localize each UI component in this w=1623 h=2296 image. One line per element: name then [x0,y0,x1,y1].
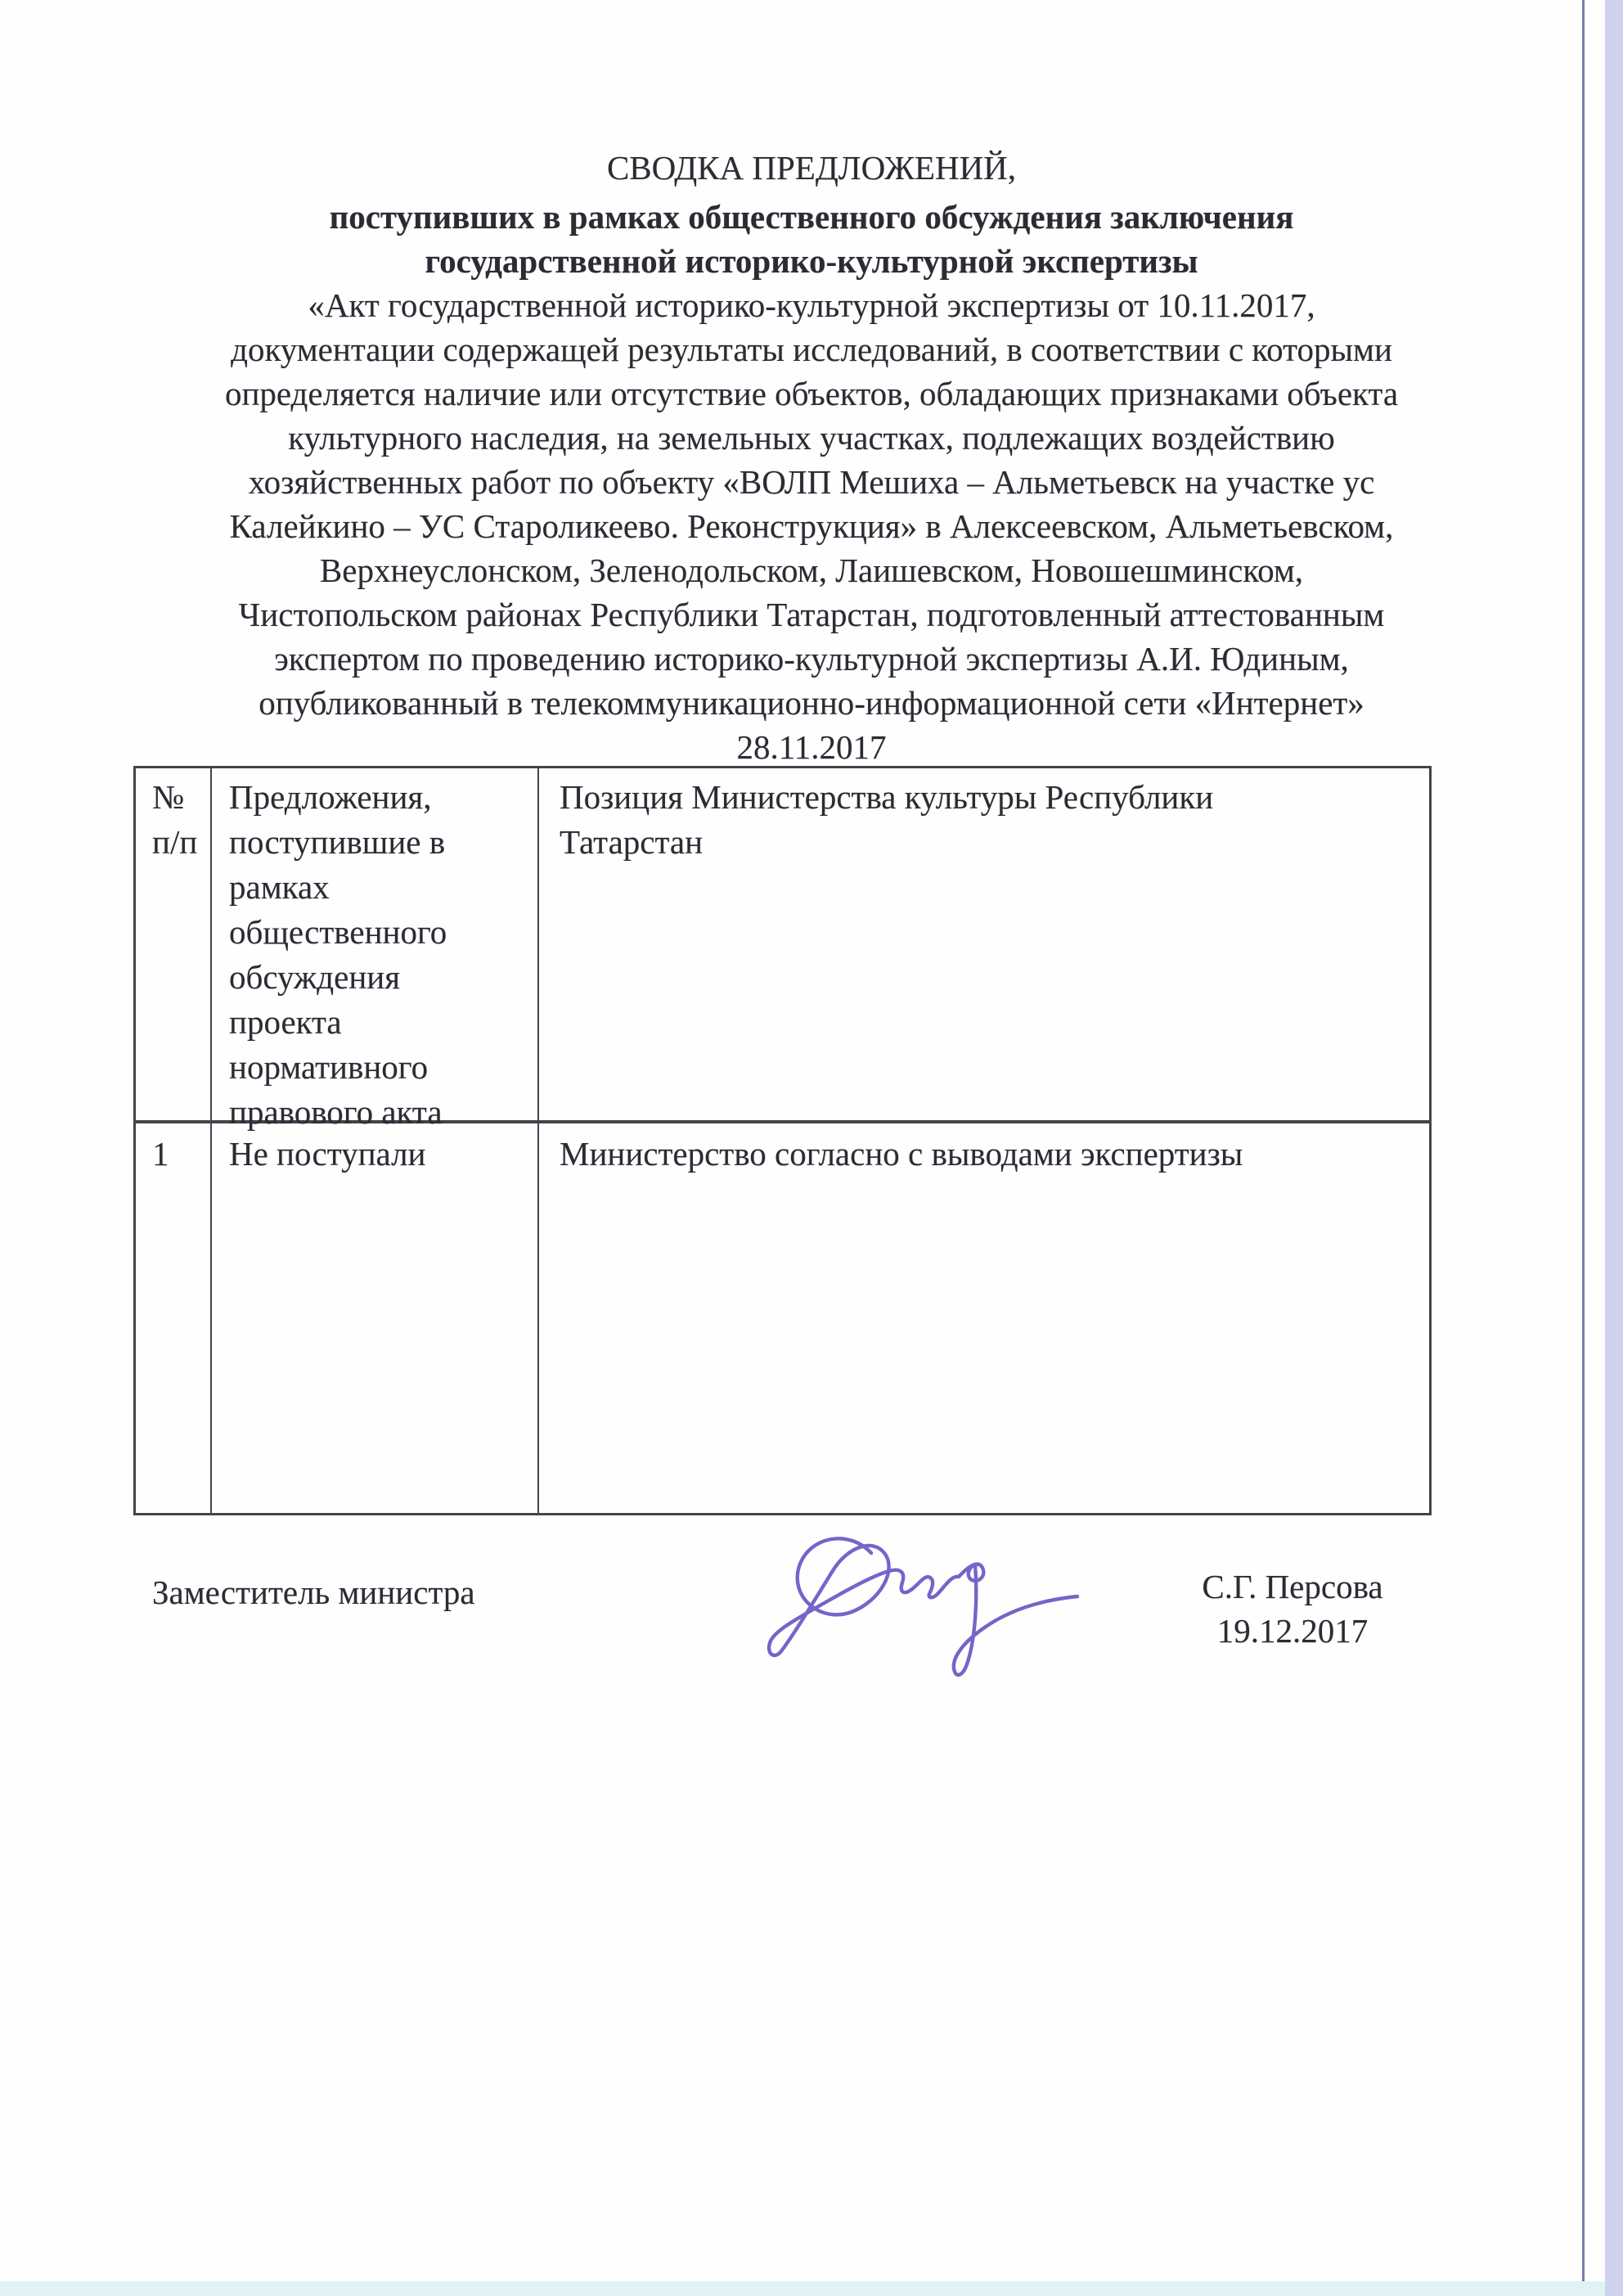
table-row-number-cell: 1 [136,1123,212,1513]
scan-edge-line [1582,0,1585,2296]
document-title: СВОДКА ПРЕДЛОЖЕНИЙ, [141,146,1482,190]
signatory-position-label: Заместитель министра [152,1573,475,1612]
scan-edge-band [1605,0,1623,2296]
scanned-document-page: СВОДКА ПРЕДЛОЖЕНИЙ, поступивших в рамках… [0,0,1623,2296]
intro-paragraph-line: хозяйственных работ по объекту «ВОЛП Меш… [141,460,1482,504]
table-row-position-cell: Министерство согласно с выводами эксперт… [539,1123,1429,1513]
signature-date: 19.12.2017 [1170,1609,1415,1653]
document-subtitle-line: государственной историко-культурной эксп… [141,239,1482,283]
signatory-name: С.Г. Персова [1170,1564,1415,1609]
table-header-number: № п/п [136,768,212,1123]
intro-paragraph-line: «Акт государственной историко-культурной… [141,283,1482,327]
intro-paragraph-line: документации содержащей результаты иссле… [141,327,1482,371]
table-header-proposals: Предложения, поступившие в рамках общест… [212,768,539,1123]
intro-paragraph-line: определяется наличие или отсутствие объе… [141,371,1482,416]
table-header-proposals-line: обсуждения [229,955,537,1000]
table-header-ministry-position-line: Позиция Министерства культуры Республики [560,775,1406,820]
proposals-table: № п/п Предложения, поступившие в рамках … [133,766,1432,1515]
table-row-proposals-cell: Не поступали [212,1123,539,1513]
intro-paragraph-line: Калейкино – УС Староликеево. Реконструкц… [141,504,1482,548]
signatory-block: С.Г. Персова 19.12.2017 [1170,1564,1415,1653]
document-subtitle-line: поступивших в рамках общественного обсуж… [141,195,1482,239]
scan-bottom-band [0,2281,1605,2296]
table-header-proposals-line: нормативного [229,1045,537,1090]
table-header-ministry-position-line: Татарстан [560,820,1406,865]
table-header-number-line: п/п [152,820,210,865]
table-header-number-line: № [152,775,210,820]
table-header-proposals-line: поступившие в [229,820,537,865]
table-header-proposals-line: проекта [229,1000,537,1045]
intro-paragraph-line: Верхнеуслонском, Зеленодольском, Лаишевс… [141,548,1482,592]
intro-paragraph-line: опубликованный в телекоммуникационно-инф… [141,681,1482,725]
table-header-proposals-line: общественного [229,910,537,955]
intro-paragraph-line: Чистопольском районах Республики Татарст… [141,592,1482,637]
table-header-proposals-line: рамках [229,865,537,910]
table-header-ministry-position: Позиция Министерства культуры Республики… [539,768,1429,1123]
intro-paragraph-line: экспертом по проведению историко-культур… [141,637,1482,681]
publication-date: 28.11.2017 [141,725,1482,769]
intro-paragraph-line: культурного наследия, на земельных участ… [141,416,1482,460]
document-heading-block: СВОДКА ПРЕДЛОЖЕНИЙ, поступивших в рамках… [141,146,1482,769]
table-header-proposals-line: Предложения, [229,775,537,820]
handwritten-signature [757,1524,1092,1699]
